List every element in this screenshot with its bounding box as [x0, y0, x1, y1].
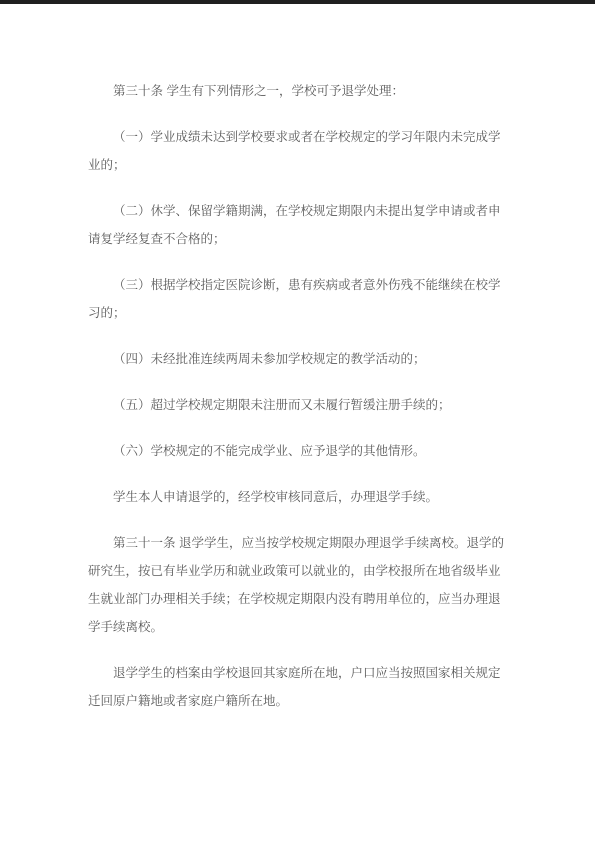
paragraph-article-30-heading: 第三十条 学生有下列情形之一，学校可予退学处理：: [88, 77, 508, 105]
paragraph-clause-2: （二）休学、保留学籍期满，在学校规定期限内未提出复学申请或者申请复学经复查不合格…: [88, 197, 508, 253]
paragraph-clause-3: （三）根据学校指定医院诊断，患有疾病或者意外伤残不能继续在校学习的；: [88, 271, 508, 327]
paragraph-archives-household: 退学学生的档案由学校退回其家庭所在地，户口应当按照国家相关规定迁回原户籍地或者家…: [88, 659, 508, 715]
paragraph-self-withdrawal: 学生本人申请退学的，经学校审核同意后，办理退学手续。: [88, 483, 508, 511]
paragraph-article-31: 第三十一条 退学学生，应当按学校规定期限办理退学手续离校。退学的研究生，按已有毕…: [88, 529, 508, 641]
paragraph-clause-6: （六）学校规定的不能完成学业、应予退学的其他情形。: [88, 437, 508, 465]
paragraph-clause-4: （四）未经批准连续两周未参加学校规定的教学活动的；: [88, 345, 508, 373]
article-body: 第三十条 学生有下列情形之一，学校可予退学处理： （一）学业成绩未达到学校要求或…: [88, 77, 508, 733]
paragraph-clause-1: （一）学业成绩未达到学校要求或者在学校规定的学习年限内未完成学业的；: [88, 123, 508, 179]
paragraph-clause-5: （五）超过学校规定期限未注册而又未履行暂缓注册手续的；: [88, 391, 508, 419]
page-top-border: [0, 0, 595, 4]
